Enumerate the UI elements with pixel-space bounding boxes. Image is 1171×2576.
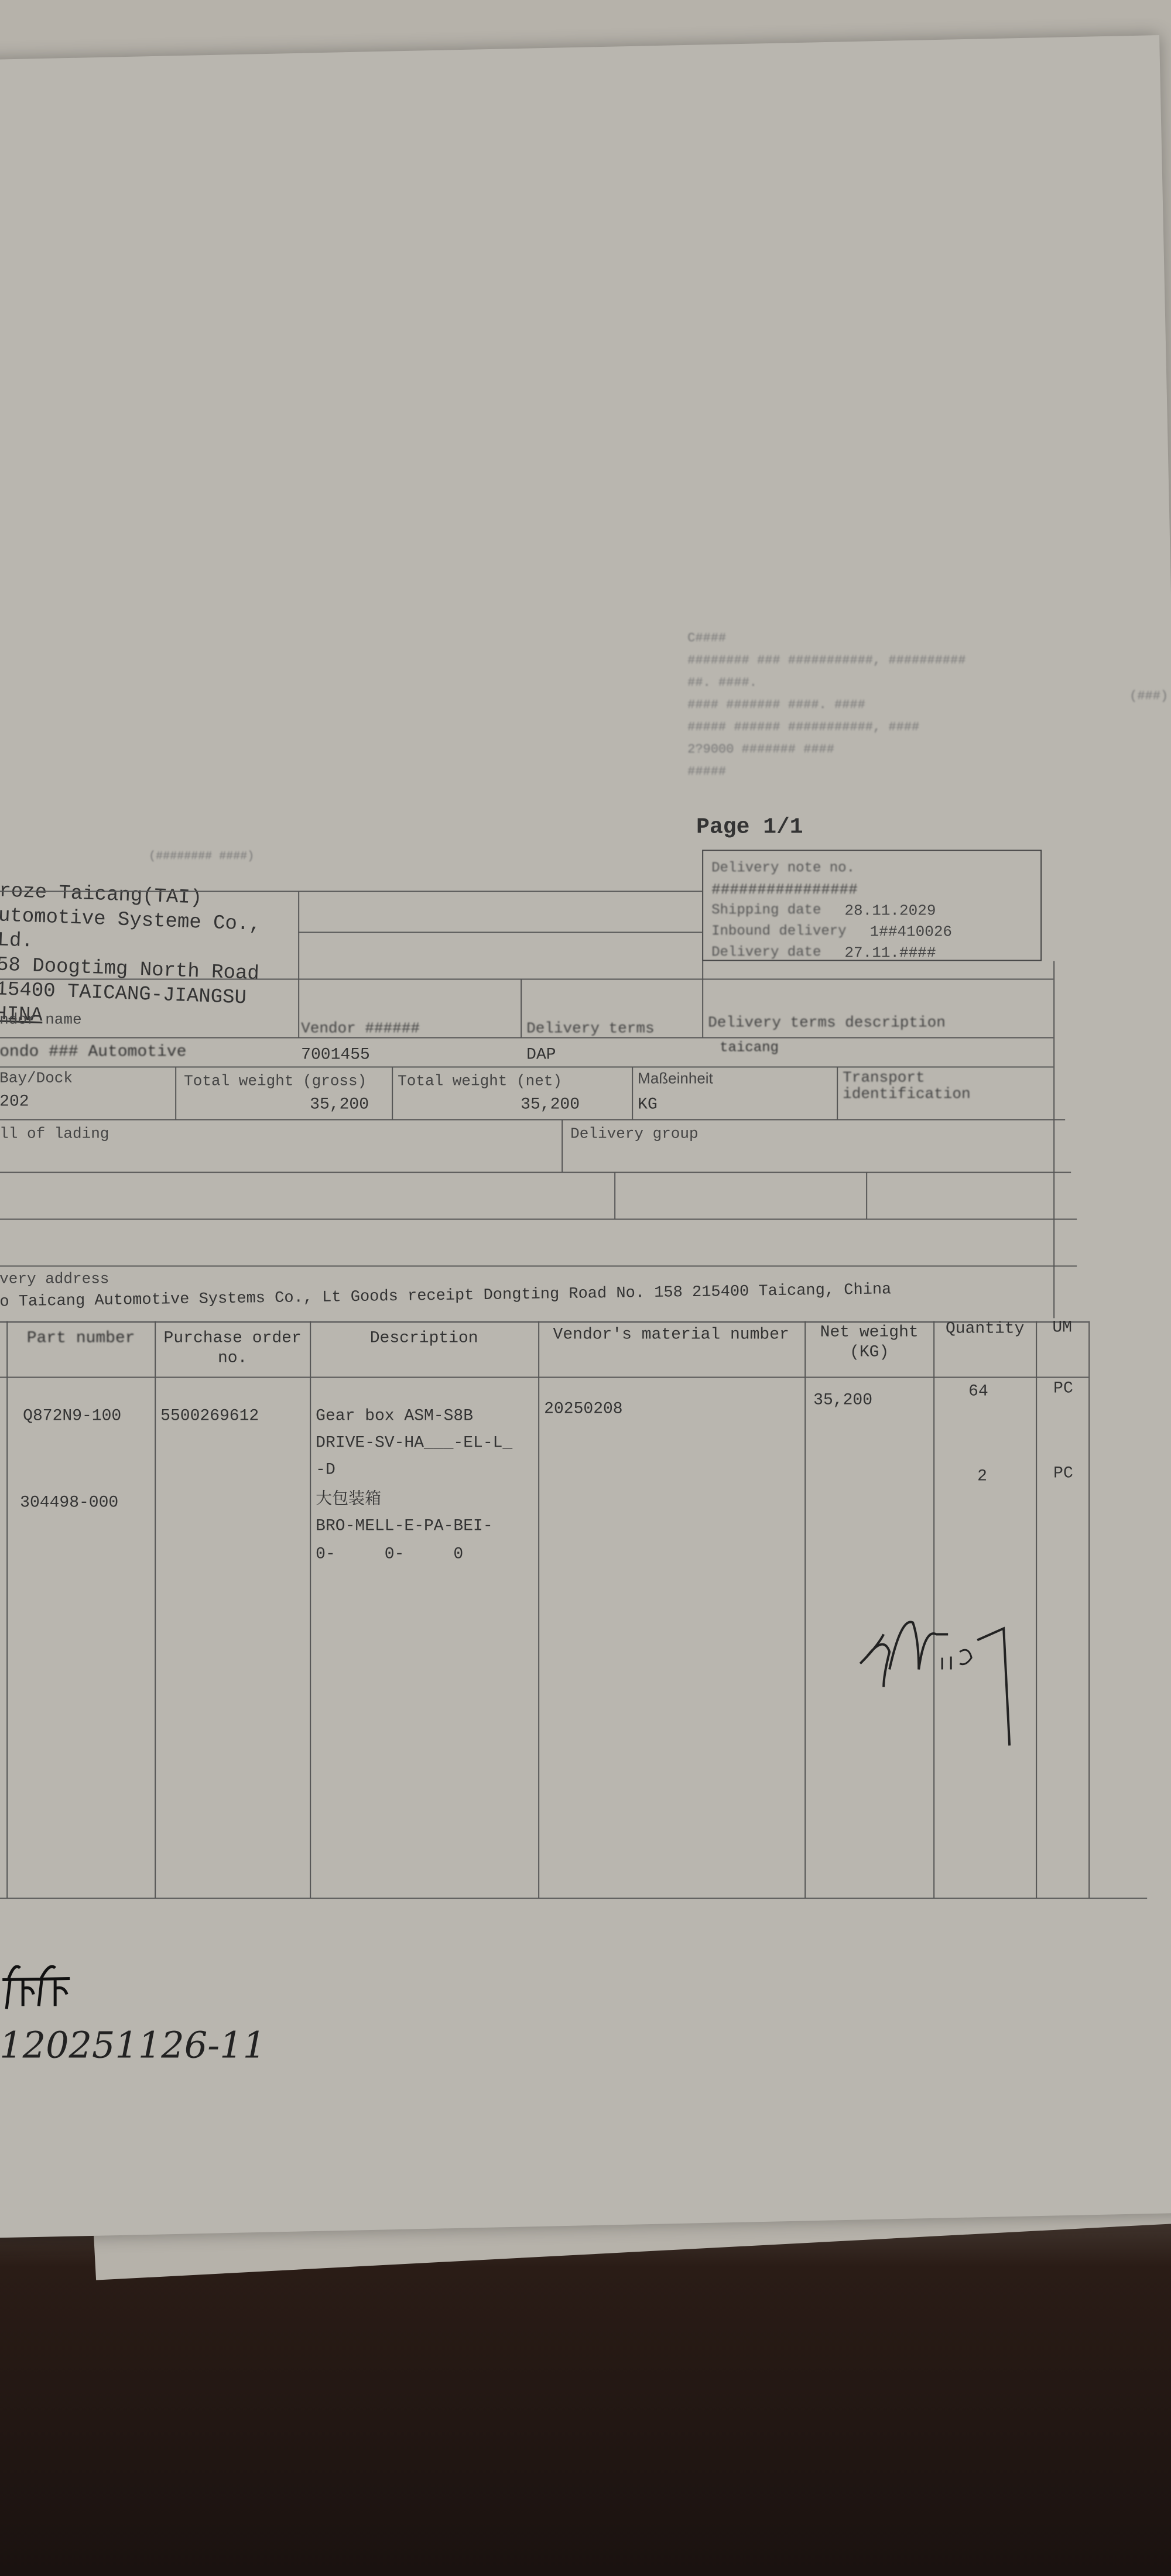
divider [298, 931, 702, 933]
vendor-number-value: 7001455 [301, 1046, 370, 1064]
shipping-date-label: Shipping date [711, 900, 821, 921]
description-line: Gear box ASM-S8B [316, 1401, 473, 1431]
divider [0, 1376, 1088, 1378]
divider [702, 961, 703, 1037]
net-weight-label: Total weight (net) [398, 1072, 562, 1090]
vendor-number-label: Vendor ###### [301, 1019, 420, 1037]
inbound-delivery-value: 1##410026 [870, 921, 952, 942]
delivery-group-label: Delivery group [570, 1125, 698, 1142]
vendor-name-label: ndor name [0, 1010, 82, 1028]
delivery-address-label: very address [0, 1270, 109, 1287]
divider [561, 1119, 563, 1171]
divider [0, 1265, 1077, 1266]
divider [0, 1037, 1053, 1038]
delivery-address-value: o Taicang Automotive Systems Co., Lt Goo… [0, 1281, 892, 1311]
divider [632, 1066, 633, 1119]
divider [310, 1321, 311, 1897]
address-line: ##### ###### ###########, #### [687, 716, 965, 738]
address-line: ##. ####. [687, 672, 965, 694]
delivery-terms-description-label: Delivery terms description [708, 1013, 946, 1031]
divider [0, 978, 1053, 979]
divider [866, 1171, 867, 1218]
column-header-vendor-material: Vendor's material number [539, 1325, 803, 1345]
delivery-date-label: Delivery date [711, 942, 821, 963]
address-line: 2?9000 ####### #### [687, 738, 965, 761]
delivery-note-no-label: Delivery note no. [711, 858, 855, 879]
description-line: DRIVE-SV-HA___-EL-L_ [316, 1428, 512, 1458]
divider [0, 1119, 1065, 1120]
bay-dock-label: Bay/Dock [0, 1069, 73, 1087]
divider [804, 1321, 806, 1897]
bay-dock-value: 202 [0, 1092, 29, 1111]
delivery-terms-label: Delivery terms [526, 1019, 654, 1037]
divider [0, 1066, 1053, 1067]
divider [0, 1897, 1147, 1899]
description-line: 0- 0- 0 [316, 1539, 463, 1570]
quantity: 2 [977, 1461, 987, 1492]
page-number: Page 1/1 [696, 814, 803, 840]
po-number: 5500269612 [160, 1401, 259, 1431]
address-line: C#### [687, 627, 965, 649]
description-line: 大包装箱 [316, 1483, 381, 1513]
net-weight-value: 35,200 [521, 1095, 580, 1114]
vendor-name-value: ondo ### Automotive [0, 1043, 186, 1061]
quantity: 64 [968, 1376, 988, 1407]
part-number: Q872N9-100 [23, 1401, 121, 1431]
unit-of-measure: PC [1053, 1373, 1073, 1404]
transport-identification-label: Transport identification [843, 1069, 1042, 1102]
address-line: ######## ### ###########, ########## [687, 649, 965, 672]
divider [837, 1066, 838, 1119]
column-header-part-number: Part number [8, 1328, 154, 1348]
delivery-note-paper: C#### ######## ### ###########, ########… [0, 35, 1171, 2238]
gross-weight-label: Total weight (gross) [184, 1072, 367, 1090]
divider [155, 1321, 156, 1897]
column-header-um: UM [1037, 1318, 1087, 1338]
column-header-po-number: Purchase order no. [156, 1328, 309, 1368]
divider [6, 1321, 8, 1897]
divider [298, 890, 299, 1037]
divider [1053, 961, 1054, 1318]
divider [175, 1066, 176, 1119]
inbound-delivery-label: Inbound delivery [711, 921, 846, 942]
unit-value: KG [638, 1095, 658, 1114]
unit-label: Maßeinheit [638, 1069, 713, 1087]
divider [0, 1171, 1071, 1173]
unit-of-measure: PC [1053, 1458, 1073, 1489]
column-header-net-weight: Net weight (KG) [806, 1323, 932, 1362]
divider [614, 1171, 615, 1218]
vendor-material-number: 20250208 [544, 1394, 622, 1424]
address-line: ##### [687, 761, 965, 783]
delivery-terms-value: DAP [526, 1046, 556, 1064]
divider [392, 1066, 393, 1119]
sender-label: (######## ####) [149, 849, 254, 863]
divider [0, 890, 702, 892]
delivery-note-no-value: ################ [711, 879, 858, 900]
handwritten-note: 120251126-11 [0, 2023, 266, 2066]
delivery-info-box: Delivery note no. ################ Shipp… [702, 849, 1042, 961]
gross-weight-value: 35,200 [310, 1095, 369, 1114]
column-header-description: Description [311, 1328, 537, 1348]
description-line: BRO-MELL-E-PA-BEI- [316, 1511, 492, 1542]
divider [1088, 1321, 1090, 1897]
shipping-date-value: 28.11.2029 [844, 900, 936, 921]
delivery-terms-description-value: taicang [720, 1040, 779, 1056]
divider [521, 978, 522, 1037]
handwritten-signature-icon [854, 1605, 1065, 1780]
description-line: -D [316, 1455, 335, 1485]
delivery-date-value: 27.11.#### [844, 942, 936, 963]
divider [538, 1321, 539, 1897]
address-line: #### ####### ####. #### [687, 694, 965, 716]
column-header-quantity: Quantity [935, 1319, 1035, 1339]
bill-of-lading-label: ll of lading [0, 1125, 109, 1142]
part-number: 304498-000 [20, 1488, 118, 1518]
net-weight: 35,200 [813, 1385, 872, 1416]
recipient-address-block: C#### ######## ### ###########, ########… [687, 627, 965, 783]
recipient-address-right: (###) [1129, 688, 1168, 703]
divider [0, 1218, 1077, 1220]
bottom-signature-icon [0, 1962, 81, 2015]
